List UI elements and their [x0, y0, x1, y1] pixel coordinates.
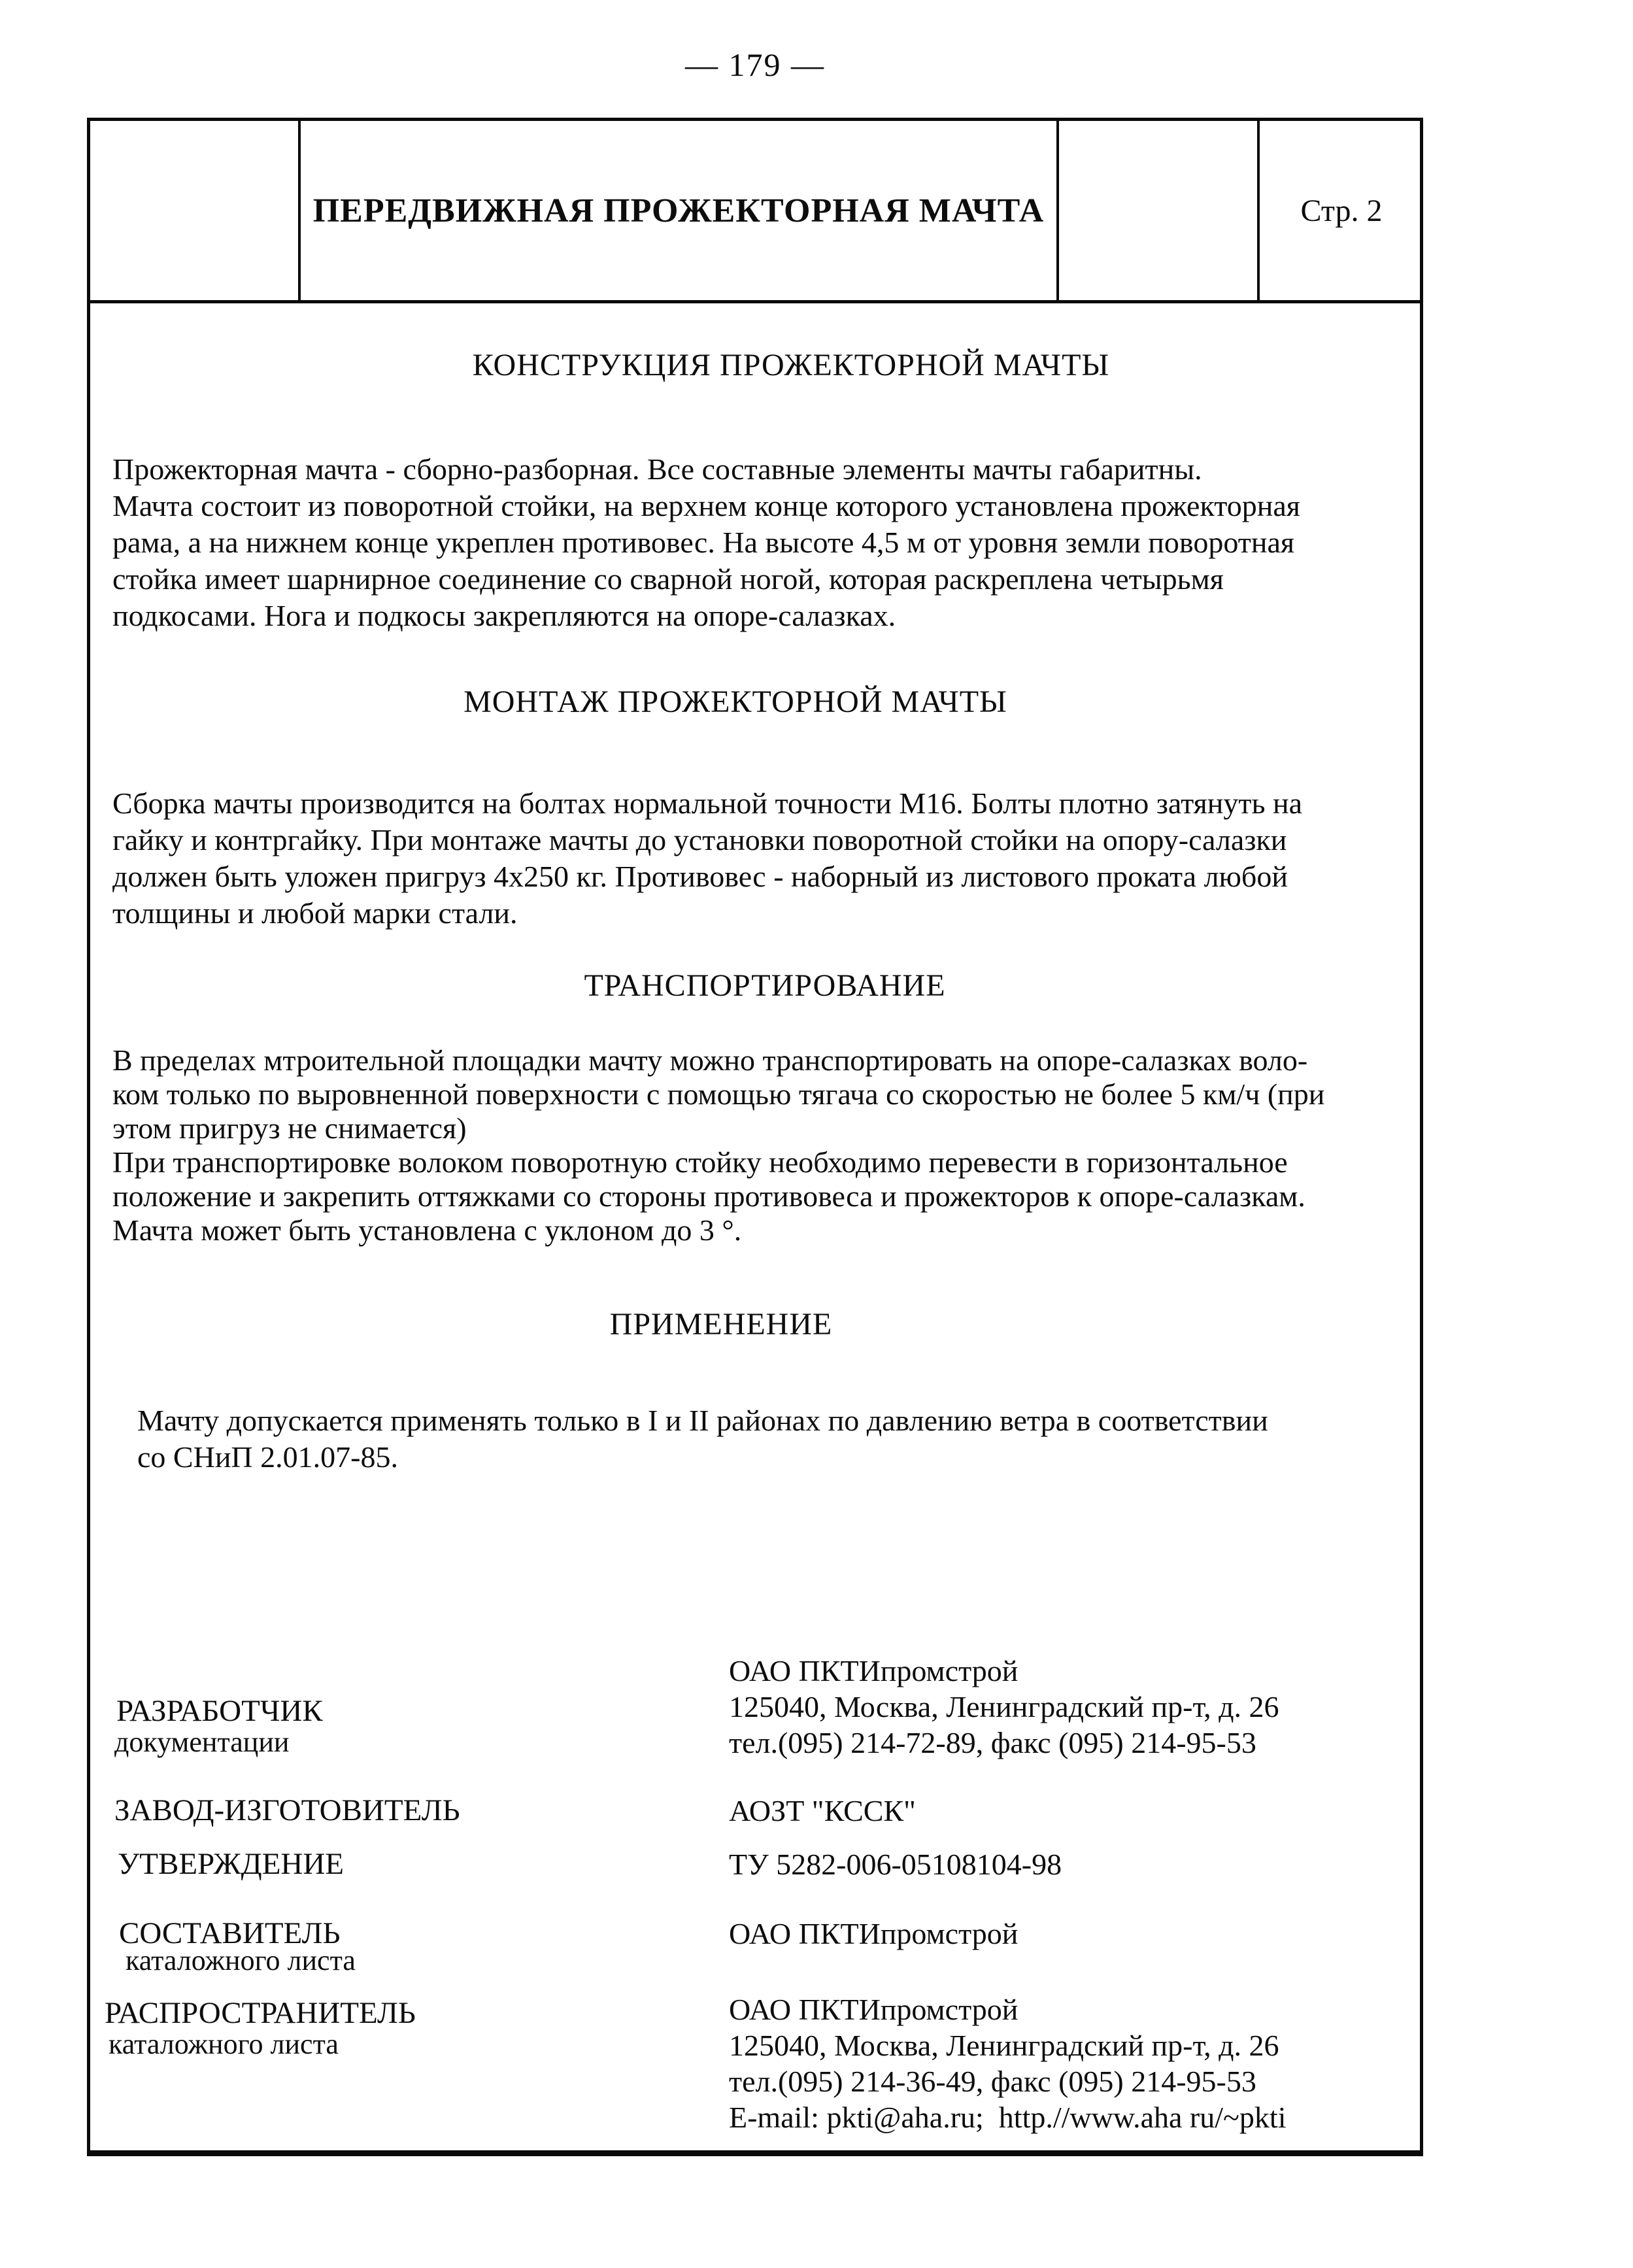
- section-montage-heading: МОНТАЖ ПРОЖЕКТОРНОЙ МАЧТЫ: [67, 684, 1404, 720]
- document-title: ПЕРЕДВИЖНАЯ ПРОЖЕКТОРНАЯ МАЧТА: [301, 121, 1056, 300]
- header-cell-empty-left: [90, 121, 298, 300]
- section-montage-body: Сборка мачты производится на болтах норм…: [112, 785, 1302, 932]
- footer-row-approval-value: ТУ 5282-006-05108104-98: [729, 1846, 1062, 1882]
- section-application-heading: ПРИМЕНЕНИЕ: [53, 1306, 1389, 1343]
- footer-row-developer-label: РАЗРАБОТЧИК: [116, 1693, 323, 1729]
- footer-row-manufacturer-label: ЗАВОД-ИЗГОТОВИТЕЛЬ: [114, 1793, 460, 1828]
- footer-row-developer-value: ОАО ПКТИпромстрой 125040, Москва, Ленинг…: [729, 1653, 1279, 1761]
- section-construction-body: Прожекторная мачта - сборно-разборная. В…: [112, 451, 1300, 634]
- page-label: Стр. 2: [1260, 121, 1423, 300]
- footer-row-compiler-value: ОАО ПКТИпромстрой: [729, 1916, 1018, 1952]
- document-page: — 179 — ПЕРЕДВИЖНАЯ ПРОЖЕКТОРНАЯ МАЧТА С…: [0, 0, 1633, 2268]
- footer-row-distributor-sublabel: каталожного листа: [109, 2028, 339, 2061]
- section-application-body: Мачту допускается применять только в I и…: [137, 1402, 1268, 1476]
- header-row-bottom-border: [87, 300, 1423, 303]
- page-number: — 179 —: [87, 46, 1423, 84]
- section-transport-body: В пределах мтроительной площадки мачту м…: [112, 1043, 1324, 1247]
- section-transport-heading: ТРАНСПОРТИРОВАНИЕ: [97, 968, 1433, 1004]
- footer-row-approval-label: УТВЕРЖДЕНИЕ: [118, 1846, 344, 1882]
- footer-row-compiler-sublabel: каталожного листа: [126, 1944, 356, 1977]
- footer-row-manufacturer-value: АОЗТ "КССК": [729, 1793, 916, 1829]
- footer-row-distributor-label: РАСПРОСТРАНИТЕЛЬ: [105, 1995, 416, 2031]
- footer-row-distributor-value: ОАО ПКТИпромстрой 125040, Москва, Ленинг…: [729, 1991, 1286, 2135]
- footer-row-developer-sublabel: документации: [114, 1726, 289, 1759]
- section-construction-heading: КОНСТРУКЦИЯ ПРОЖЕКТОРНОЙ МАЧТЫ: [123, 347, 1459, 384]
- header-cell-empty-middle: [1059, 121, 1257, 300]
